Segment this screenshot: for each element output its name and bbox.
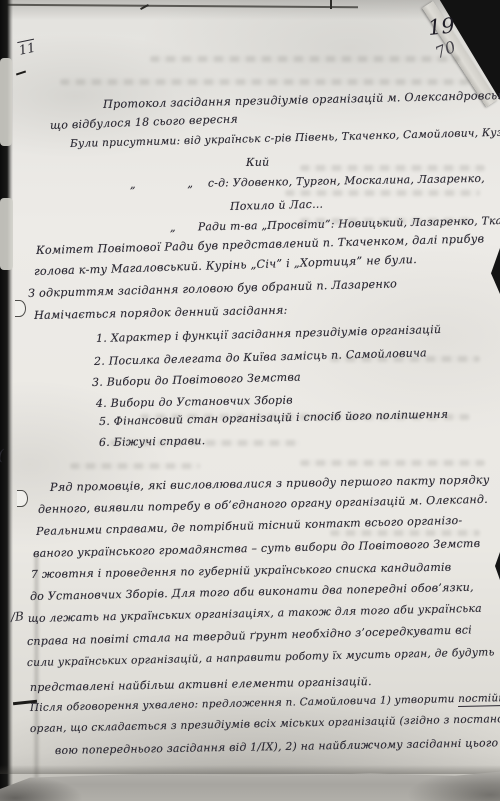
margin-folio-mark: 11 [17,39,37,59]
margin-letter-mark: /В [11,609,25,624]
handwriting-line: Похило й Лас… [230,199,324,212]
agenda-item: 6. Біжучі справи. [99,435,206,448]
handwriting-line: Кий [246,157,270,168]
bottom-crease-shadow [0,765,500,774]
binding-tape [0,198,13,270]
binding-tape [0,58,12,146]
underlined-word: постійний [458,692,500,707]
page-number: 19 [427,13,456,40]
margin-paren-mark: ( [0,446,4,464]
agenda-item: 4. Вибори до Установчих Зборів [96,395,293,409]
scanned-document: 19 70 11 ( /В Протокол засідання президі… [0,0,500,801]
top-edge-tick [330,0,332,9]
